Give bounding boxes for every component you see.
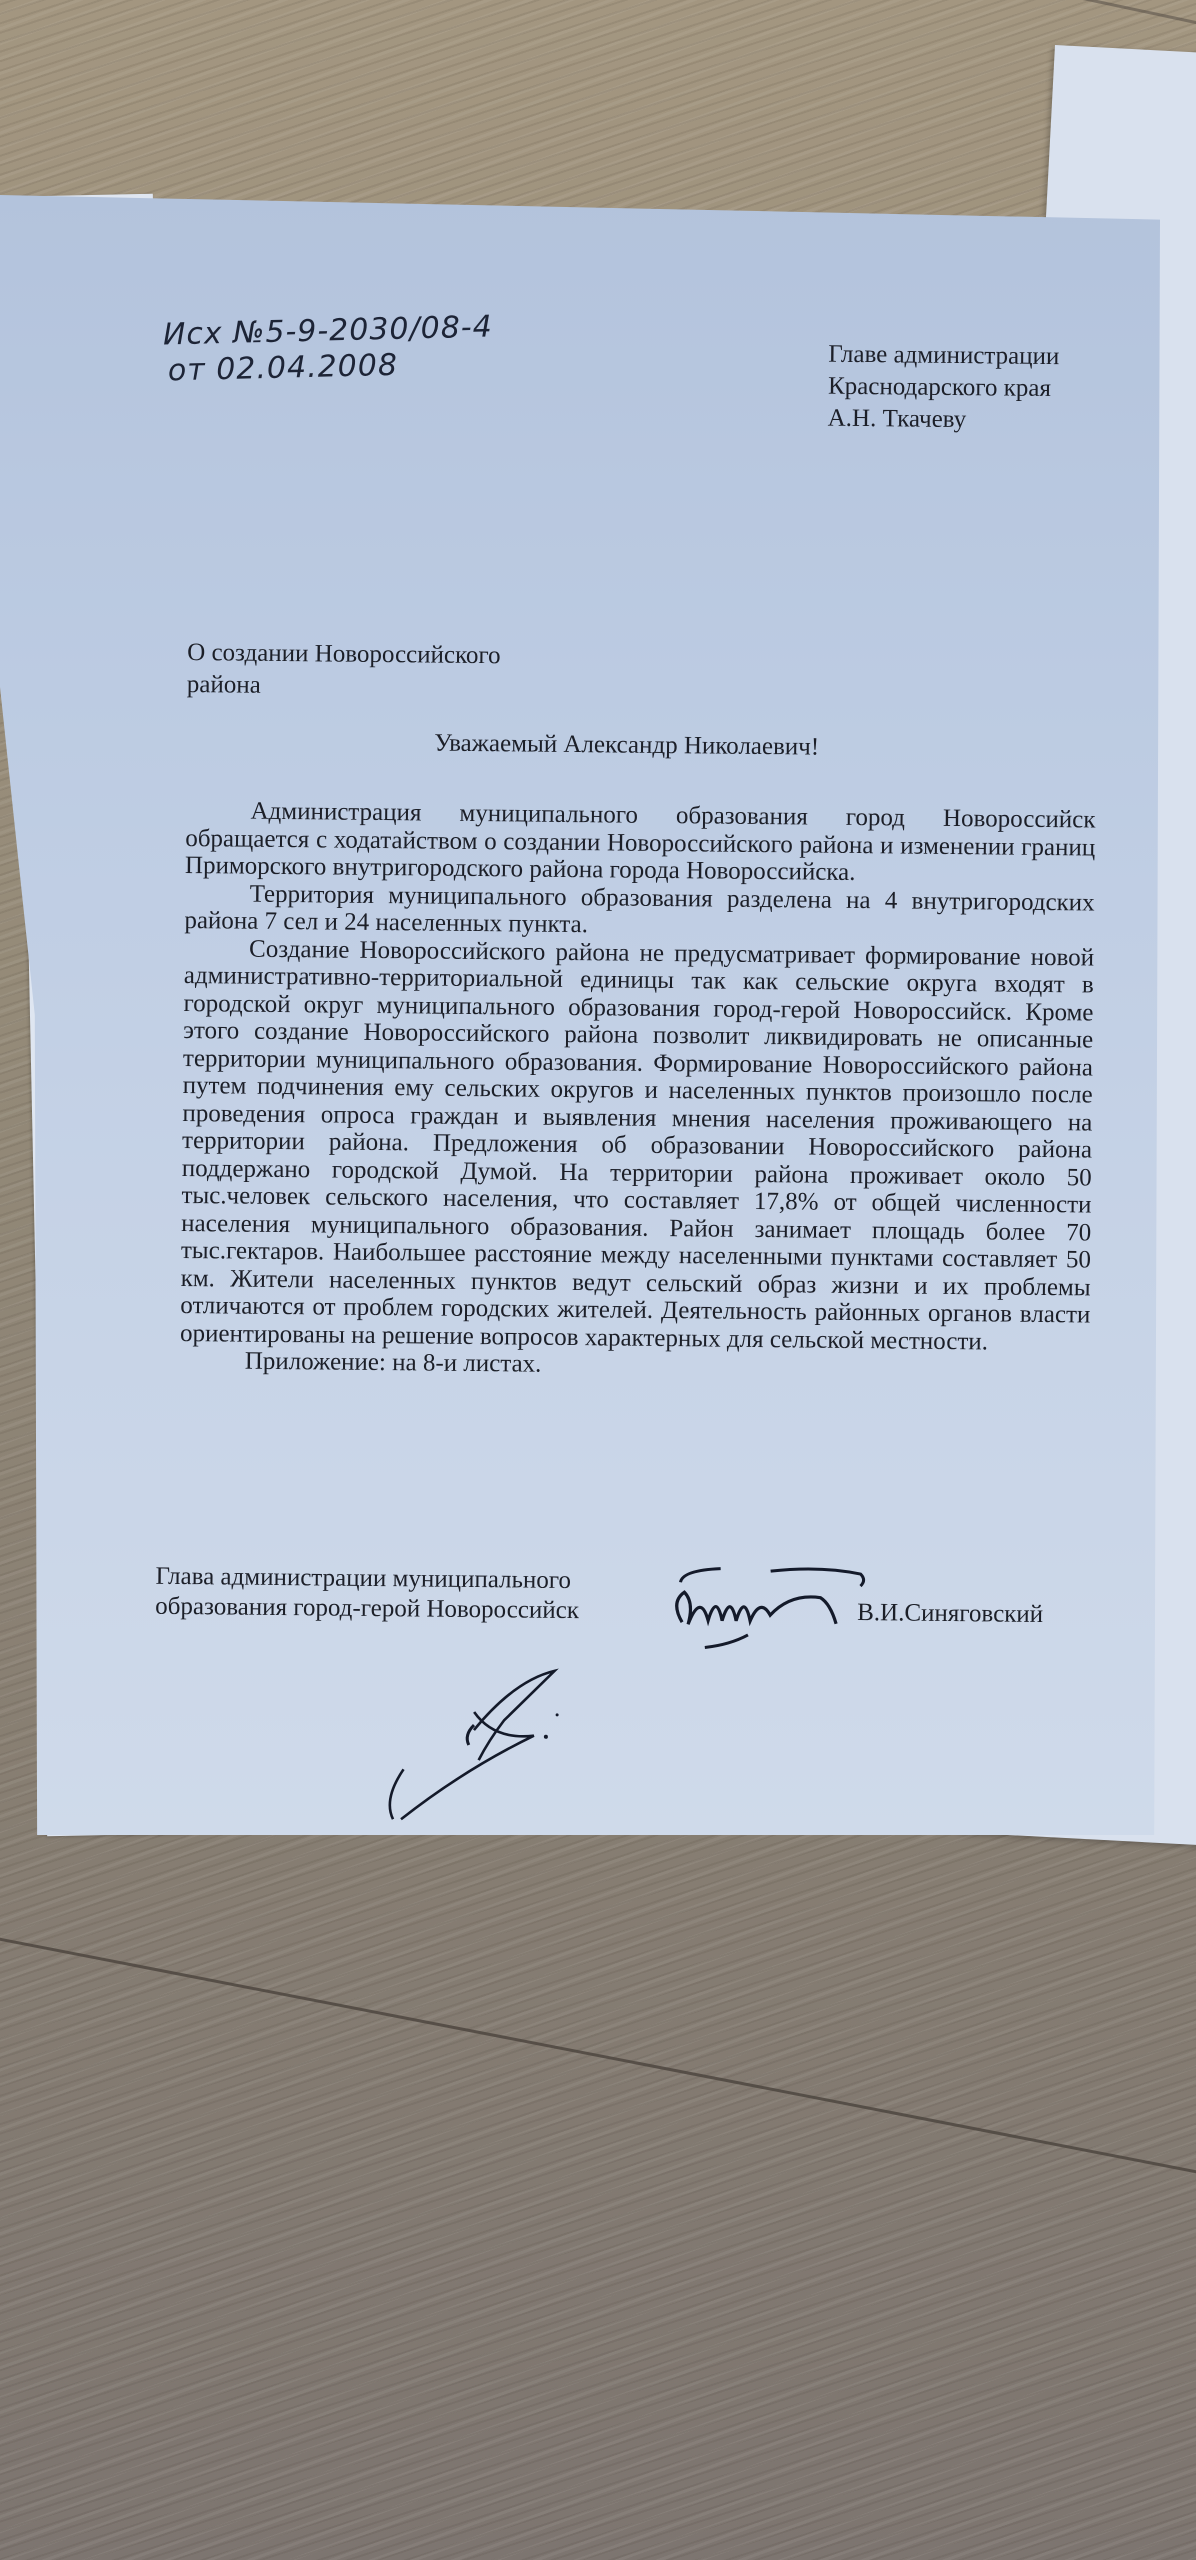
recipient-line: Краснодарского края (828, 371, 1059, 405)
background-text-fragments: ерантакципалРассмустративN 78ия"игранго … (1055, 45, 1196, 66)
recipient-address: Главе администрации Краснодарского края … (828, 339, 1060, 437)
signatory-title-line: Глава администрации муниципального (155, 1562, 579, 1596)
subject-line: района (187, 669, 501, 704)
body-paragraph: Администрация муниципального образования… (185, 797, 1096, 889)
floor-plank-seam (0, 1930, 1196, 2200)
recipient-line: Главе администрации (828, 339, 1059, 373)
registration-date: от 02.04.2008 (163, 345, 494, 389)
signatory-title: Глава администрации муниципального образ… (155, 1562, 579, 1626)
subject-line: О создании Новороссийского (187, 637, 501, 672)
letter-subject: О создании Новороссийского района (187, 637, 501, 704)
signatory-title-line: образования город-герой Новороссийск (155, 1592, 579, 1626)
salutation: Уважаемый Александр Николаевич! (434, 730, 819, 762)
letter-body: Администрация муниципального образования… (180, 797, 1096, 1384)
body-paragraph: Территория муниципального образования ра… (184, 879, 1095, 944)
body-paragraph: Создание Новороссийского района не преду… (180, 934, 1094, 1356)
secondary-signature-icon (373, 1649, 635, 1832)
recipient-line: А.Н. Ткачеву (828, 403, 1059, 437)
signer-name: В.И.Синяговский (857, 1599, 1043, 1629)
letter-page: Исх №5-9-2030/08-4 от 02.04.2008 Главе а… (0, 195, 1160, 1835)
registration-stamp: Исх №5-9-2030/08-4 от 02.04.2008 (163, 309, 494, 389)
